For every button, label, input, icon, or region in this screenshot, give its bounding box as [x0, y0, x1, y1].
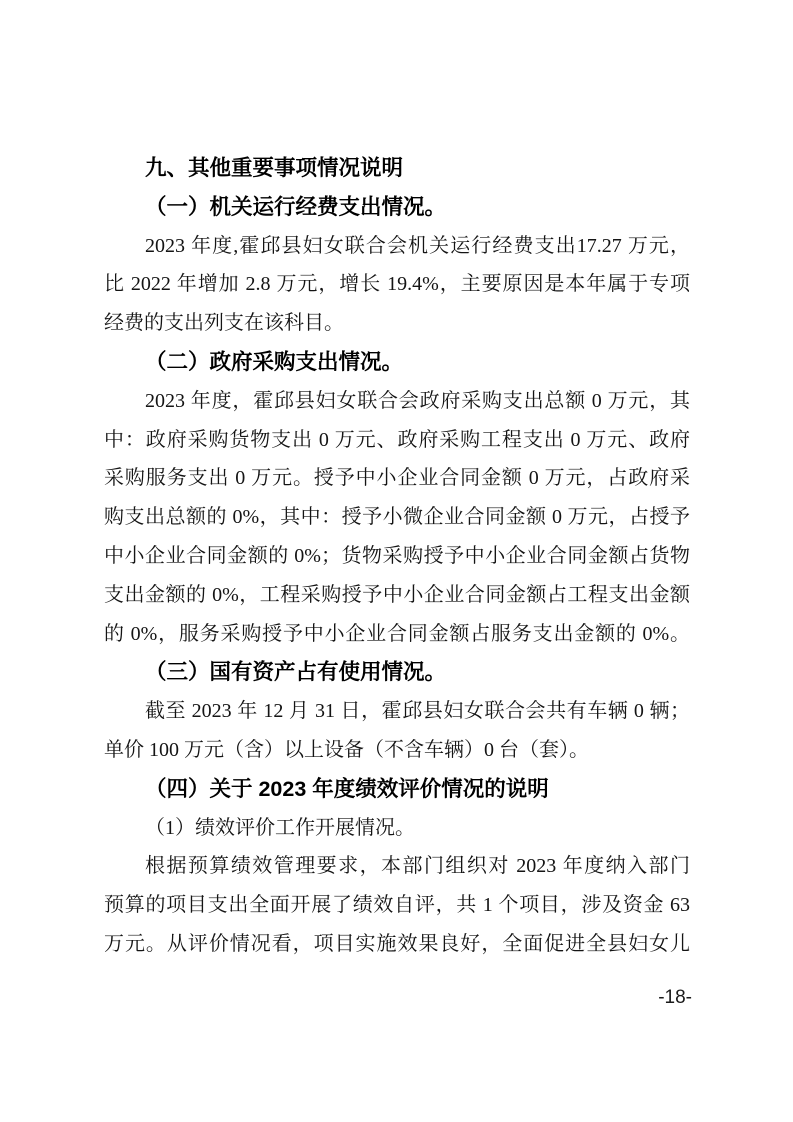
body-line: 中：政府采购货物支出 0 万元、政府采购工程支出 0 万元、政府	[104, 421, 690, 460]
body-line: 单价 100 万元（含）以上设备（不含车辆）0 台（套）。	[104, 731, 690, 770]
body-line: 根据预算绩效管理要求，本部门组织对 2023 年度纳入部门	[104, 847, 690, 886]
body-line: 截至 2023 年 12 月 31 日，霍邱县妇女联合会共有车辆 0 辆；	[104, 692, 690, 731]
body-line: 购支出总额的 0%，其中：授予小微企业合同金额 0 万元，占授予	[104, 498, 690, 537]
sub-item-heading: （1）绩效评价工作开展情况。	[104, 809, 690, 848]
body-line: 2023 年度,霍邱县妇女联合会机关运行经费支出17.27 万元，	[104, 227, 690, 266]
body-line: 的 0%，服务采购授予中小企业合同金额占服务支出金额的 0%。	[104, 615, 690, 654]
subsection-heading-two: （二）政府采购支出情况。	[104, 343, 690, 382]
document-body: 九、其他重要事项情况说明 （一）机关运行经费支出情况。 2023 年度,霍邱县妇…	[104, 149, 690, 964]
body-line: 经费的支出列支在该科目。	[104, 304, 690, 343]
subsection-heading-three: （三）国有资产占有使用情况。	[104, 653, 690, 692]
section-heading-nine: 九、其他重要事项情况说明	[104, 149, 690, 188]
body-line: 比 2022 年增加 2.8 万元，增长 19.4%，主要原因是本年属于专项	[104, 265, 690, 304]
body-line: 2023 年度，霍邱县妇女联合会政府采购支出总额 0 万元，其	[104, 382, 690, 421]
document-page: 九、其他重要事项情况说明 （一）机关运行经费支出情况。 2023 年度,霍邱县妇…	[0, 0, 793, 1122]
body-line: 采购服务支出 0 万元。授予中小企业合同金额 0 万元，占政府采	[104, 459, 690, 498]
body-line: 万元。从评价情况看，项目实施效果良好，全面促进全县妇女儿	[104, 925, 690, 964]
page-number: -18-	[658, 986, 692, 1010]
subsection-heading-four: （四）关于 2023 年度绩效评价情况的说明	[104, 770, 690, 809]
body-line: 支出金额的 0%，工程采购授予中小企业合同金额占工程支出金额	[104, 576, 690, 615]
body-line: 中小企业合同金额的 0%；货物采购授予中小企业合同金额占货物	[104, 537, 690, 576]
body-line: 预算的项目支出全面开展了绩效自评，共 1 个项目，涉及资金 63	[104, 886, 690, 925]
subsection-heading-one: （一）机关运行经费支出情况。	[104, 188, 690, 227]
